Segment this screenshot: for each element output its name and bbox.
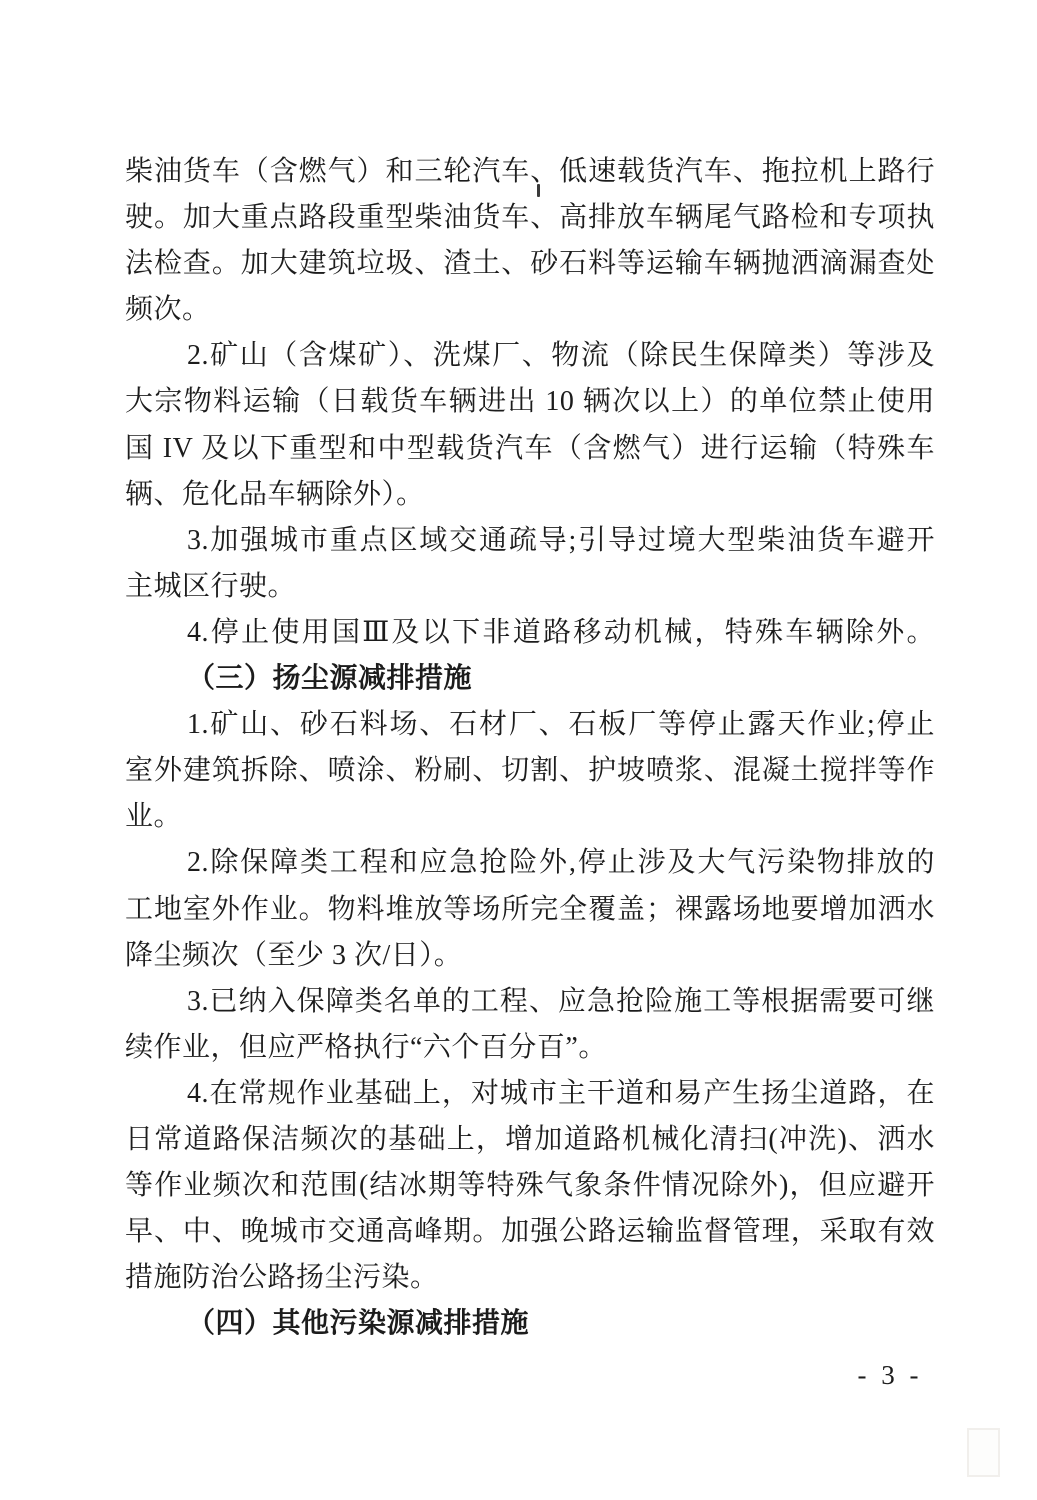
text-line: 室外建筑拆除、喷涂、粉刷、切割、护坡喷浆、混凝土搅拌等作 <box>125 748 935 794</box>
text-line: 驶。加大重点路段重型柴油货车、高排放车辆尾气路检和专项执 <box>125 195 935 241</box>
scan-artifact-box <box>967 1428 1000 1477</box>
text-line: 柴油货车（含燃气）和三轮汽车、低速载货汽车、拖拉机上路行 <box>125 149 935 195</box>
section-heading: （四）其他污染源减排措施 <box>125 1301 935 1347</box>
text-line: 3.加强城市重点区域交通疏导;引导过境大型柴油货车避开 <box>125 518 935 564</box>
text-line: 频次。 <box>125 287 935 333</box>
text-line: 3.已纳入保障类名单的工程、应急抢险施工等根据需要可继 <box>125 979 935 1025</box>
text-line: 国 IV 及以下重型和中型载货汽车（含燃气）进行运输（特殊车 <box>125 426 935 472</box>
document-body: 柴油货车（含燃气）和三轮汽车、低速载货汽车、拖拉机上路行 驶。加大重点路段重型柴… <box>125 149 935 1347</box>
text-line: 4.在常规作业基础上，对城市主干道和易产生扬尘道路，在 <box>125 1071 935 1117</box>
text-line: 工地室外作业。物料堆放等场所完全覆盖；裸露场地要增加洒水 <box>125 887 935 933</box>
text-line: 降尘频次（至少 3 次/日）。 <box>125 933 935 979</box>
text-line: 4.停止使用国Ⅲ及以下非道路移动机械，特殊车辆除外。 <box>125 610 935 656</box>
text-line: 大宗物料运输（日载货车辆进出 10 辆次以上）的单位禁止使用 <box>125 379 935 425</box>
page-number: - 3 - <box>830 1358 950 1392</box>
text-line: 1.矿山、砂石料场、石材厂、石板厂等停止露天作业;停止 <box>125 702 935 748</box>
text-line: 措施防治公路扬尘污染。 <box>125 1255 935 1301</box>
text-line: 法检查。加大建筑垃圾、渣土、砂石料等运输车辆抛洒滴漏查处 <box>125 241 935 287</box>
text-line: 早、中、晚城市交通高峰期。加强公路运输监督管理，采取有效 <box>125 1209 935 1255</box>
text-line: 日常道路保洁频次的基础上，增加道路机械化清扫(冲洗)、洒水 <box>125 1117 935 1163</box>
ink-tick-mark <box>537 184 540 197</box>
text-line: 业。 <box>125 794 935 840</box>
text-line: 主城区行驶。 <box>125 564 935 610</box>
text-line: 辆、危化品车辆除外）。 <box>125 472 935 518</box>
document-page: 柴油货车（含燃气）和三轮汽车、低速载货汽车、拖拉机上路行 驶。加大重点路段重型柴… <box>0 0 1037 1500</box>
section-heading: （三）扬尘源减排措施 <box>125 656 935 702</box>
text-line: 等作业频次和范围(结冰期等特殊气象条件情况除外)，但应避开 <box>125 1163 935 1209</box>
text-line: 续作业，但应严格执行“六个百分百”。 <box>125 1025 935 1071</box>
text-line: 2.矿山（含煤矿）、洗煤厂、物流（除民生保障类）等涉及 <box>125 333 935 379</box>
text-line: 2.除保障类工程和应急抢险外,停止涉及大气污染物排放的 <box>125 840 935 886</box>
